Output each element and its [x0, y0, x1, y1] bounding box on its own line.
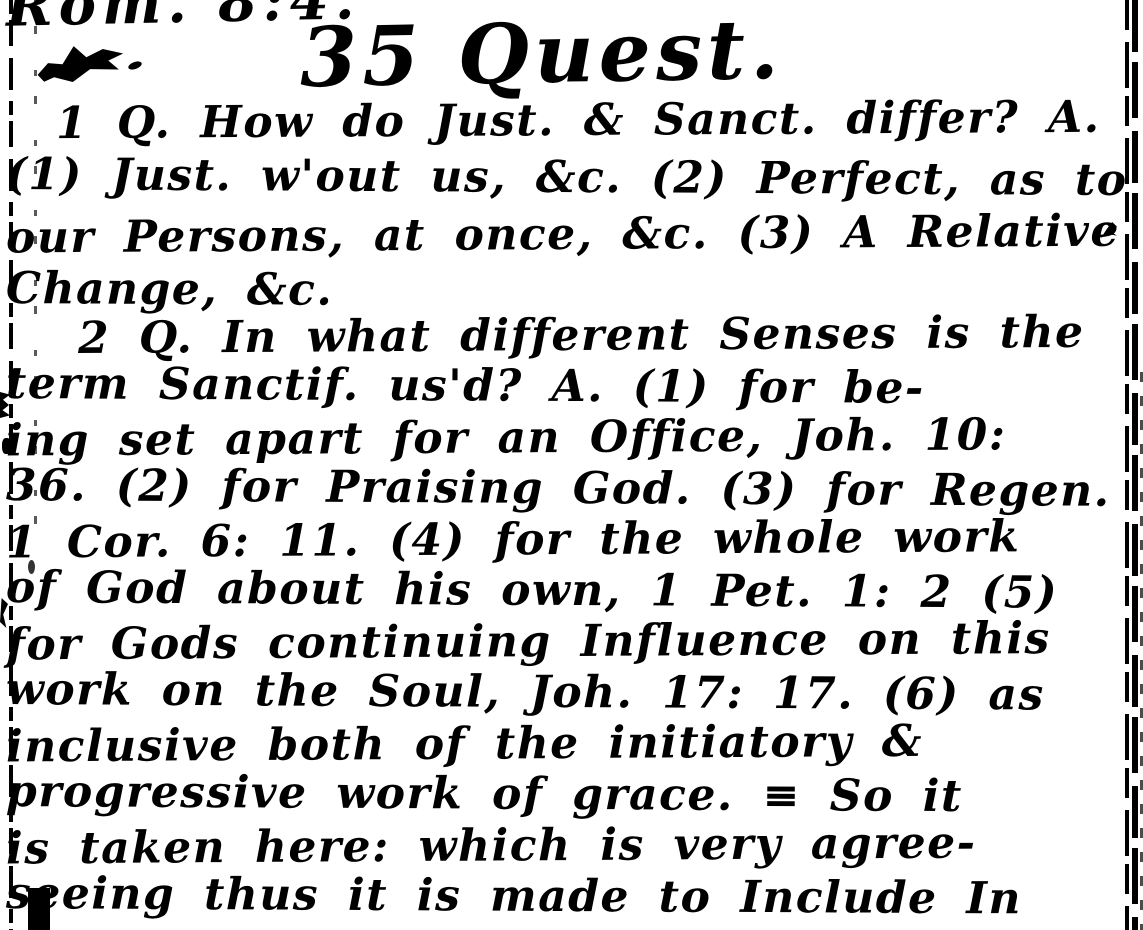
manuscript-line: of God about his own, 1 Pet. 1: 2 (5) — [6, 562, 1136, 619]
manuscript-line: 1 Q. How do Just. & Sanct. differ? A. — [6, 89, 1136, 153]
manuscript-line: inclusive both of the initiatory & — [6, 715, 1136, 773]
manuscript-line: our Persons, at once, &c. (3) A Relative — [6, 203, 1136, 267]
question-2-paragraph: 2 Q. In what different Senses is the ter… — [6, 310, 1136, 922]
ink-blot — [33, 33, 127, 92]
manuscript-line: 1 Cor. 6: 11. (4) for the whole work — [6, 511, 1136, 569]
manuscript-line: ing set apart for an Office, Joh. 10: — [6, 409, 1136, 467]
manuscript-line: (1) Just. w'out us, &c. (2) Perfect, as … — [6, 146, 1136, 209]
manuscript-line: seeing thus it is made to Include In — [6, 868, 1136, 925]
manuscript-line: is taken here: which is very agree- — [6, 817, 1136, 875]
manuscript-line: for Gods continuing Influence on this — [6, 613, 1136, 671]
ink-dot — [127, 60, 143, 71]
manuscript-line: term Sanctif. us'd? A. (1) for be- — [6, 358, 1136, 415]
manuscript-page: Rom. 8:4. 35 Quest. 1 Q. How do Just. & … — [0, 0, 1143, 930]
question-1-paragraph: 1 Q. How do Just. & Sanct. differ? A. (1… — [6, 92, 1136, 320]
manuscript-line: progressive work of grace. ≡ So it — [6, 766, 1136, 823]
manuscript-line: work on the Soul, Joh. 17: 17. (6) as — [6, 664, 1136, 721]
manuscript-line: 36. (2) for Praising God. (3) for Regen. — [6, 460, 1136, 517]
manuscript-line: 2 Q. In what different Senses is the — [6, 307, 1136, 365]
